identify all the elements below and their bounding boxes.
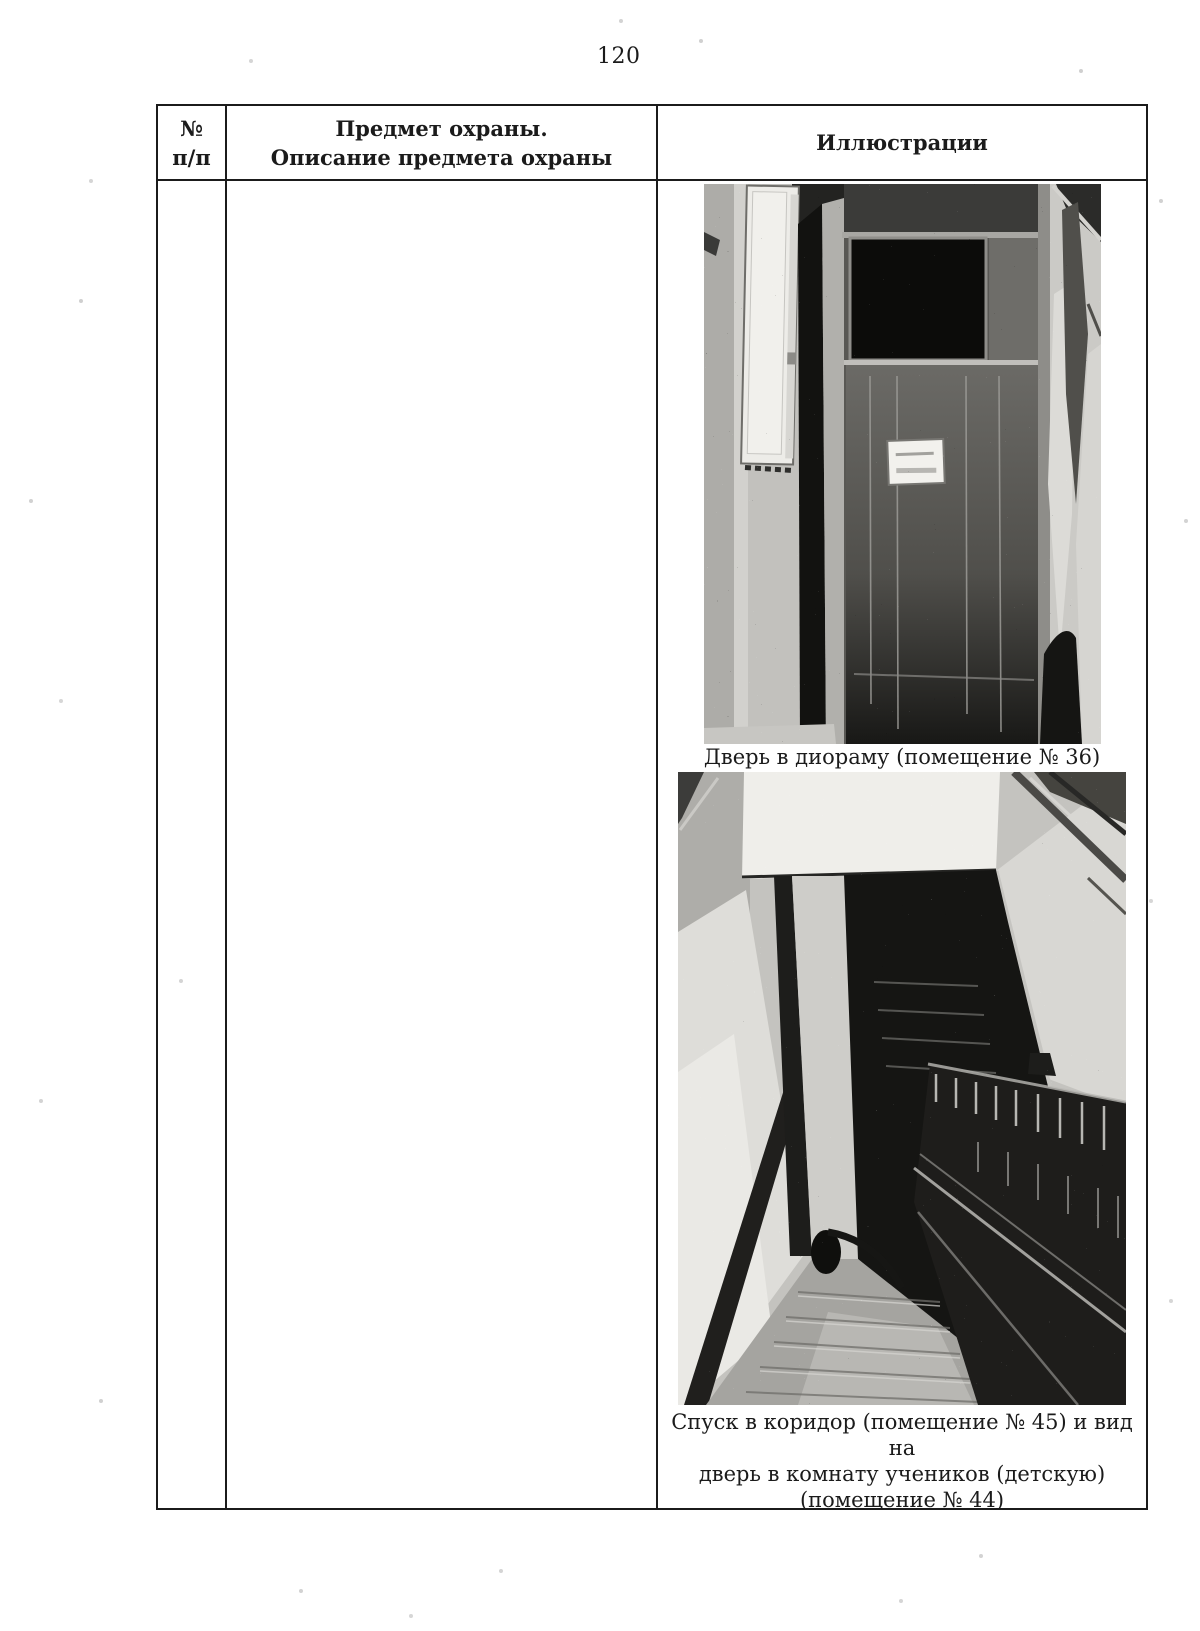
page-number: 120 bbox=[597, 44, 641, 69]
header-number-line1: № bbox=[180, 114, 203, 143]
caption-line: (помещение № 44) bbox=[658, 1487, 1146, 1508]
header-cell-subject: Предмет охраны. Описание предмета охраны bbox=[227, 106, 658, 179]
scan-speckles bbox=[0, 0, 2, 2]
header-subject-line2: Описание предмета охраны bbox=[271, 143, 612, 172]
header-cell-number: № п/п bbox=[158, 106, 227, 179]
photo-door-diorama bbox=[704, 184, 1101, 744]
header-subject-line1: Предмет охраны. bbox=[335, 114, 547, 143]
header-number-line2: п/п bbox=[172, 143, 210, 172]
figure-door-diorama: Дверь в диораму (помещение № 36) bbox=[704, 184, 1101, 770]
header-illustrations-label: Иллюстрации bbox=[816, 128, 988, 157]
table-body-row: Дверь в диораму (помещение № 36) bbox=[158, 181, 1146, 1508]
caption-line: Спуск в коридор (помещение № 45) и вид н… bbox=[658, 1409, 1146, 1461]
figure-caption: Дверь в диораму (помещение № 36) bbox=[704, 744, 1100, 770]
caption-line: дверь в комнату учеников (детскую) bbox=[658, 1461, 1146, 1487]
photo-stair-descent bbox=[678, 772, 1126, 1405]
body-cell-subject bbox=[227, 181, 658, 1508]
figure-stair-descent: Спуск в коридор (помещение № 45) и вид н… bbox=[658, 772, 1146, 1508]
figure-caption: Спуск в коридор (помещение № 45) и вид н… bbox=[658, 1409, 1146, 1508]
protection-subject-table: № п/п Предмет охраны. Описание предмета … bbox=[156, 104, 1148, 1510]
body-cell-illustrations: Дверь в диораму (помещение № 36) bbox=[658, 181, 1146, 1508]
body-cell-number bbox=[158, 181, 227, 1508]
header-cell-illustrations: Иллюстрации bbox=[658, 106, 1146, 179]
table-header-row: № п/п Предмет охраны. Описание предмета … bbox=[158, 106, 1146, 181]
